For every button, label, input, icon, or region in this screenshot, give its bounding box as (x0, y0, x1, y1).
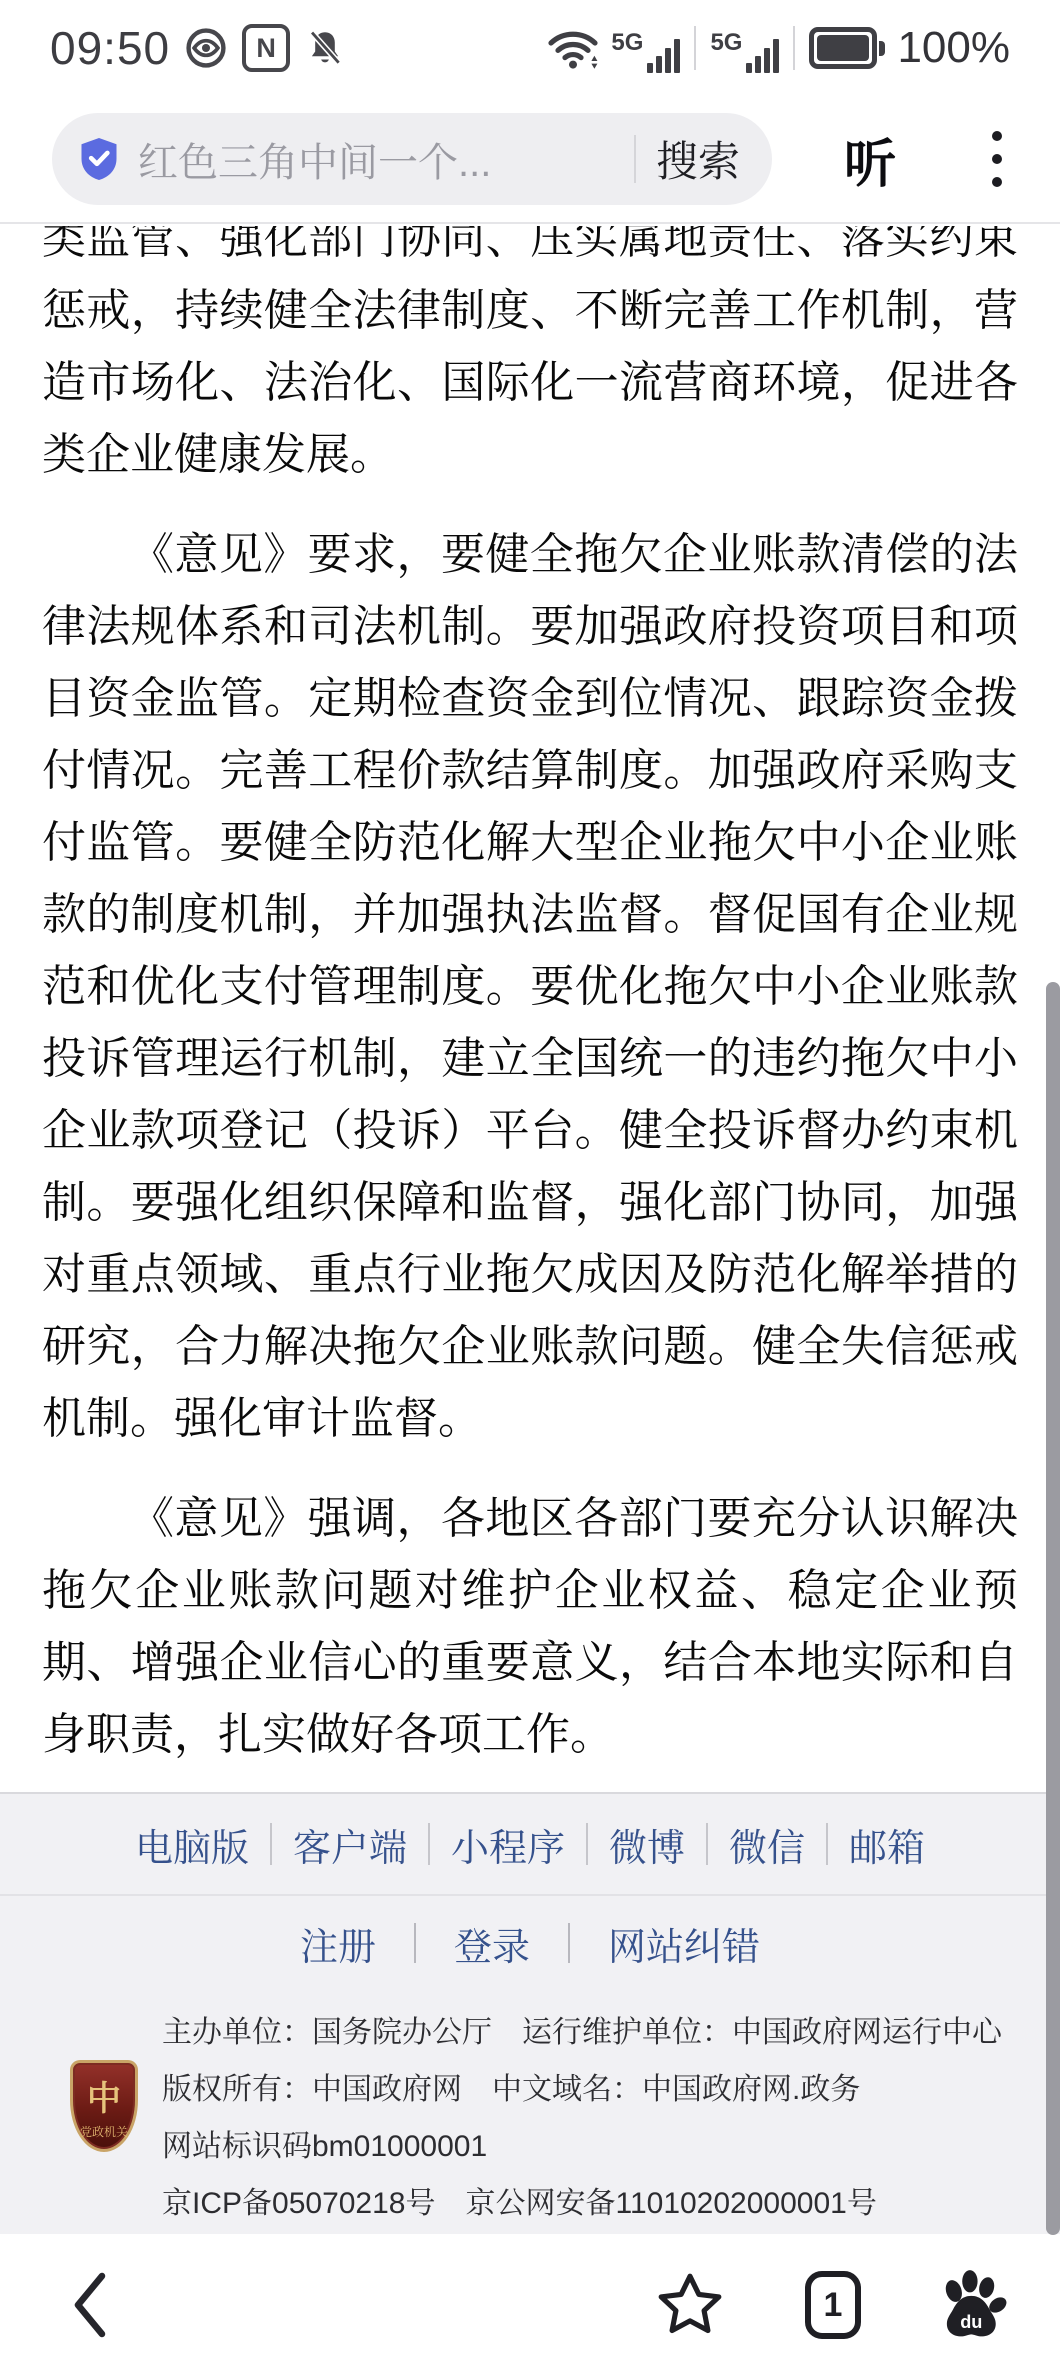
signal-5g-secondary-icon: 5G (710, 37, 779, 73)
battery-percent: 100% (897, 23, 1010, 73)
divider (793, 26, 795, 70)
footer-account-links: 注册 登录 网站纠错 (0, 1896, 1060, 1990)
bookmark-button[interactable] (648, 2234, 732, 2376)
emblem-label: 党政机关 (73, 2123, 135, 2140)
footer-info: 中 党政机关 主办单位：国务院办公厅 运行维护单位：中国政府网运行中心 版权所有… (0, 1990, 1060, 2232)
baidu-paw-icon: du (937, 2268, 1007, 2342)
tab-count: 1 (824, 2286, 843, 2325)
tabs-button[interactable]: 1 (794, 2234, 872, 2376)
link-wechat[interactable]: 微信 (708, 1817, 826, 1872)
eye-protection-icon (184, 26, 228, 70)
bottom-navbar: 1 du (0, 2234, 1060, 2376)
search-bar[interactable]: 红色三角中间一个... 搜索 (52, 113, 772, 205)
signal-5g-primary-icon: 5G (611, 37, 680, 73)
status-bar: 09:50 N 5G 5G (0, 0, 1060, 96)
star-icon (654, 2269, 726, 2341)
footer-organizer-line: 主办单位：国务院办公厅 运行维护单位：中国政府网运行中心 (162, 2004, 1002, 2061)
link-mini-program[interactable]: 小程序 (430, 1817, 586, 1872)
screen: 09:50 N 5G 5G (0, 0, 1060, 2376)
link-login[interactable]: 登录 (416, 1916, 568, 1971)
article-body: 类监管、强化部门协同、压实属地责任、落实约束惩戒，持续健全法律制度、不断完善工作… (0, 226, 1060, 1792)
link-register[interactable]: 注册 (262, 1916, 414, 1971)
link-mail[interactable]: 邮箱 (828, 1817, 946, 1872)
site-footer: 电脑版 客户端 小程序 微博 微信 邮箱 注册 登录 网站纠错 中 党政机关 主… (0, 1792, 1060, 2234)
search-button[interactable]: 搜索 (656, 129, 746, 189)
link-weibo[interactable]: 微博 (588, 1817, 706, 1872)
listen-button[interactable]: 听 (844, 122, 896, 197)
svg-text:du: du (960, 2312, 982, 2332)
search-query: 红色三角中间一个... (138, 131, 626, 188)
browser-toolbar: 红色三角中间一个... 搜索 听 (0, 96, 1060, 224)
article-paragraph: 《意见》强调，各地区各部门要充分认识解决拖欠企业账款问题对维护企业权益、稳定企业… (42, 1483, 1018, 1771)
clock: 09:50 (50, 21, 170, 75)
scrollbar-thumb[interactable] (1046, 982, 1060, 2235)
wifi-icon (545, 24, 601, 72)
footer-copyright-line: 版权所有：中国政府网 中文域名：中国政府网.政务 (162, 2061, 1002, 2118)
link-pc-version[interactable]: 电脑版 (114, 1817, 270, 1872)
link-site-error-report[interactable]: 网站纠错 (570, 1916, 798, 1971)
government-emblem: 中 党政机关 (70, 2060, 138, 2152)
notifications-muted-icon (304, 27, 346, 69)
footer-site-code-line: 网站标识码bm01000001 (162, 2118, 1002, 2175)
article-paragraph: 类监管、强化部门协同、压实属地责任、落实约束惩戒，持续健全法律制度、不断完善工作… (42, 226, 1018, 491)
divider (634, 135, 636, 183)
battery-icon (809, 27, 885, 69)
divider (694, 26, 696, 70)
tab-counter-icon: 1 (805, 2271, 861, 2339)
footer-icp-line: 京ICP备05070218号 京公网安备11010202000001号 (162, 2175, 1002, 2232)
menu-kebab-icon[interactable] (986, 125, 1008, 193)
nfc-icon: N (242, 24, 290, 72)
article-paragraph: 《意见》要求，要健全拖欠企业账款清偿的法律法规体系和司法机制。要加强政府投资项目… (42, 519, 1018, 1455)
footer-quick-links: 电脑版 客户端 小程序 微博 微信 邮箱 (0, 1794, 1060, 1896)
secure-shield-icon (78, 136, 120, 182)
back-button[interactable] (58, 2234, 122, 2376)
link-client-app[interactable]: 客户端 (272, 1817, 428, 1872)
baidu-home-button[interactable]: du (930, 2234, 1014, 2376)
back-chevron-icon (71, 2271, 109, 2339)
